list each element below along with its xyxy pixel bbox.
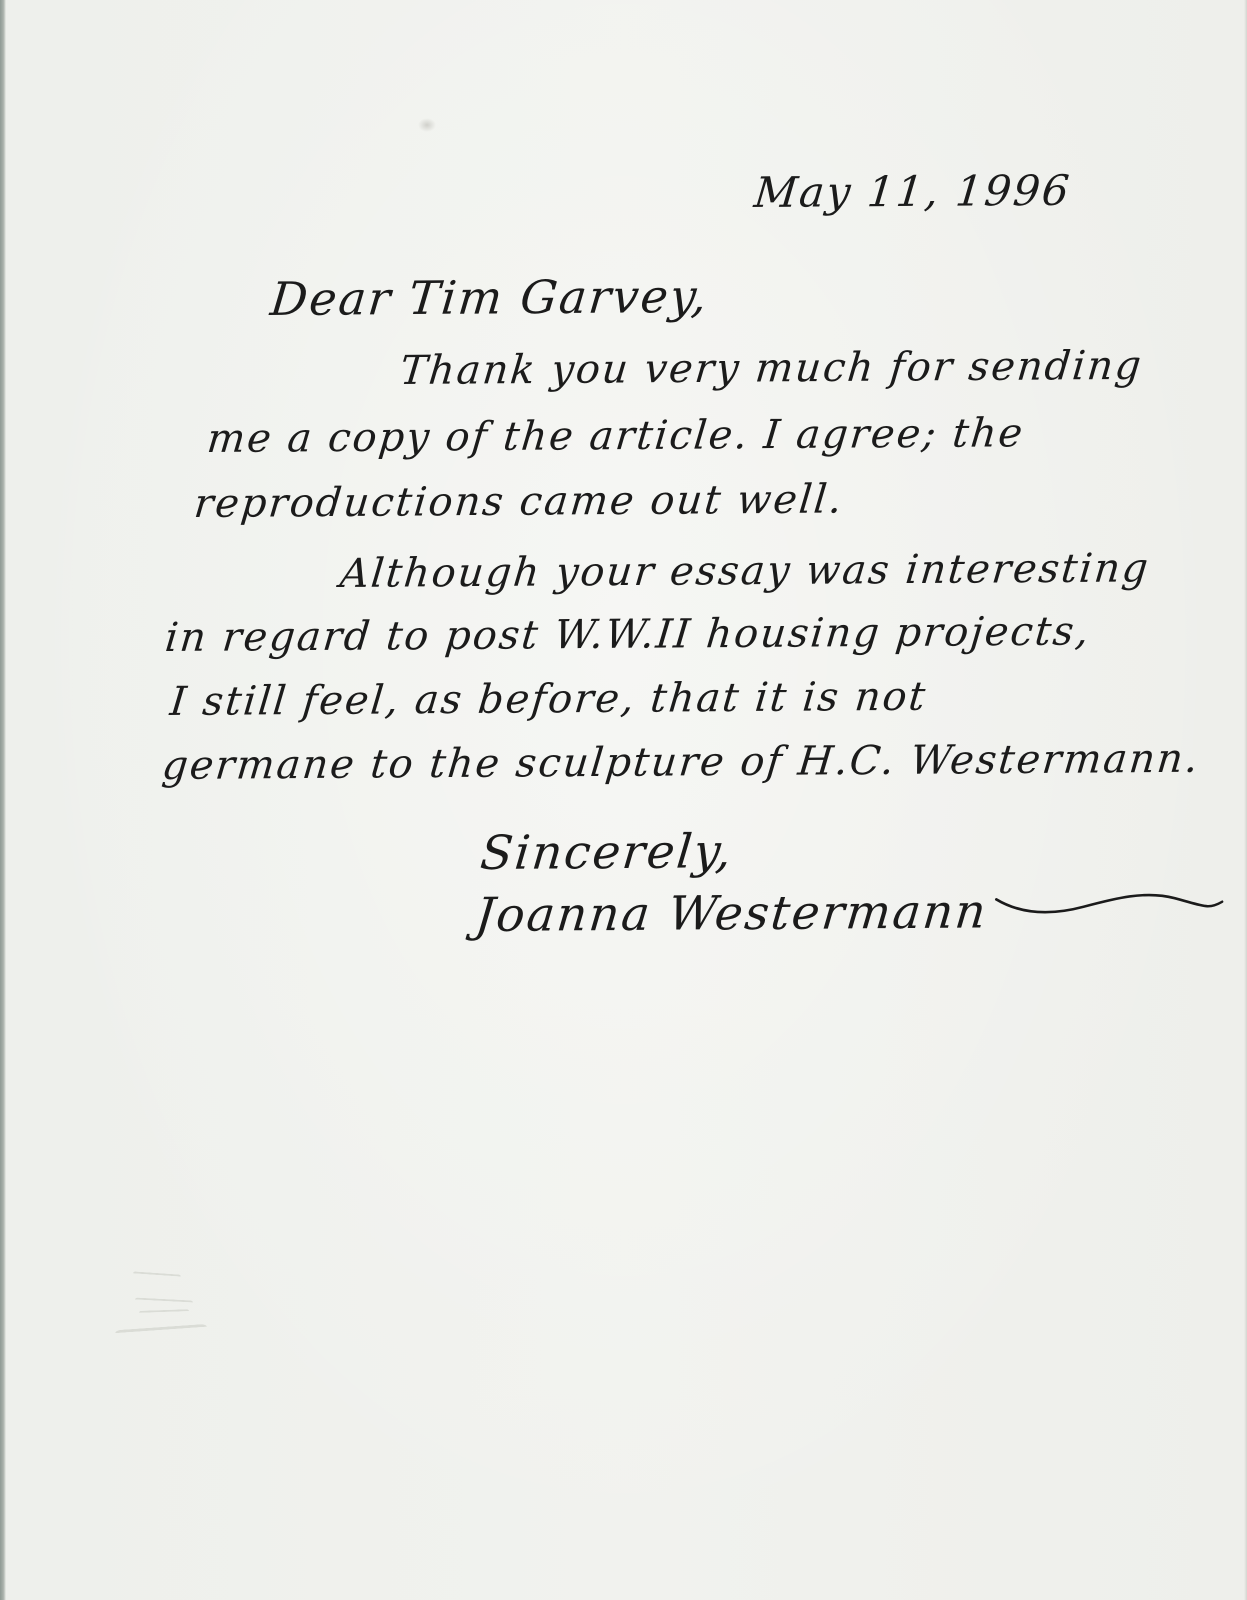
paper-smudge-dot bbox=[418, 118, 436, 132]
letter-line: reproductions came out well. bbox=[192, 476, 846, 527]
signature-name: Joanna Westermann bbox=[473, 884, 990, 943]
letter-signature: Joanna Westermann bbox=[473, 883, 1226, 943]
letter-line: Thank you very much for sending bbox=[398, 343, 1145, 394]
letter-closing: Sincerely, bbox=[478, 824, 736, 881]
letter-paper: May 11, 1996 Dear Tim Garvey, Thank you … bbox=[0, 0, 1247, 1600]
scan-edge-left bbox=[0, 0, 6, 1600]
letter-date: May 11, 1996 bbox=[752, 166, 1073, 217]
letter-salutation: Dear Tim Garvey, bbox=[268, 269, 711, 326]
signature-flourish bbox=[993, 884, 1226, 920]
letter-line: me a copy of the article. I agree; the bbox=[205, 410, 1026, 462]
pencil-smudge-marks bbox=[95, 1265, 215, 1350]
letter-line: Although your essay was interesting bbox=[338, 545, 1152, 597]
letter-line: I still feel, as before, that it is not bbox=[168, 674, 929, 725]
letter-line: in regard to post W.W.II housing project… bbox=[163, 609, 1093, 661]
letter-line: germane to the sculpture of H.C. Westerm… bbox=[160, 736, 1202, 789]
